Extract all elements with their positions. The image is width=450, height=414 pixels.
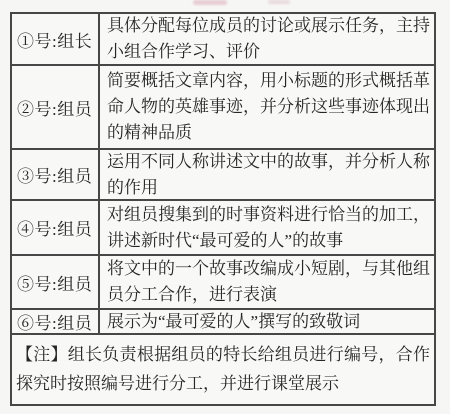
table-row-member-2: ②号:组员 简要概括文章内容，用小标题的形式概括革命人物的英雄事迹，并分析这些事… <box>12 66 434 150</box>
scan-artifact-smudge <box>193 0 227 5</box>
task-text: 运用不同人称讲述文中的故事，并分析人称的作用 <box>107 149 430 201</box>
task-text: 对组员搜集到的时事资料进行恰当的加工，讲述新时代“最可爱的人”的故事 <box>107 202 430 254</box>
task-cell: 具体分配每位成员的讨论或展示任务，主持小组合作学习、评价 <box>100 14 434 64</box>
note-text: 【注】组长负责根据组员的特长给组员进行编号，合作探究时按照编号进行分工，并进行课… <box>12 335 434 404</box>
scanned-document-page: ①号:组长 具体分配每位成员的讨论或展示任务，主持小组合作学习、评价 ②号:组员… <box>0 0 450 414</box>
note-row: 【注】组长负责根据组员的特长给组员进行编号，合作探究时按照编号进行分工，并进行课… <box>12 335 434 404</box>
member-label: ②号:组员 <box>17 95 92 120</box>
task-text: 展示为“最可爱的人”撰写的致敬词 <box>107 309 430 335</box>
table-row-member-3: ③号:组员 运用不同人称讲述文中的故事，并分析人称的作用 <box>12 150 434 201</box>
member-label-cell: ②号:组员 <box>12 66 100 148</box>
task-text: 具体分配每位成员的讨论或展示任务，主持小组合作学习、评价 <box>107 13 430 65</box>
member-label-cell: ③号:组员 <box>12 150 100 199</box>
task-cell: 对组员搜集到的时事资料进行恰当的加工，讲述新时代“最可爱的人”的故事 <box>100 201 434 254</box>
table-row-member-1: ①号:组长 具体分配每位成员的讨论或展示任务，主持小组合作学习、评价 <box>12 14 434 66</box>
task-cell: 展示为“最可爱的人”撰写的致敬词 <box>100 310 434 333</box>
member-label: ④号:组员 <box>17 215 92 240</box>
member-label-cell: ⑤号:组员 <box>12 256 100 308</box>
task-text: 将文中的一个故事改编成小短剧，与其他组员分工合作，进行表演 <box>107 256 430 308</box>
table-row-member-5: ⑤号:组员 将文中的一个故事改编成小短剧，与其他组员分工合作，进行表演 <box>12 256 434 310</box>
scan-artifact-smudge <box>268 0 290 4</box>
group-roles-table: ①号:组长 具体分配每位成员的讨论或展示任务，主持小组合作学习、评价 ②号:组员… <box>10 12 436 406</box>
member-label: ⑥号:组员 <box>17 309 92 334</box>
member-label: ⑤号:组员 <box>17 270 92 295</box>
task-cell: 将文中的一个故事改编成小短剧，与其他组员分工合作，进行表演 <box>100 256 434 308</box>
task-cell: 简要概括文章内容，用小标题的形式概括革命人物的英雄事迹，并分析这些事迹体现出的精… <box>100 66 434 148</box>
task-text: 简要概括文章内容，用小标题的形式概括革命人物的英雄事迹，并分析这些事迹体现出的精… <box>107 68 430 146</box>
member-label-cell: ⑥号:组员 <box>12 310 100 333</box>
task-cell: 运用不同人称讲述文中的故事，并分析人称的作用 <box>100 150 434 199</box>
table-row-member-6: ⑥号:组员 展示为“最可爱的人”撰写的致敬词 <box>12 310 434 335</box>
member-label-cell: ④号:组员 <box>12 201 100 254</box>
member-label: ③号:组员 <box>17 162 92 187</box>
member-label: ①号:组长 <box>17 27 92 52</box>
member-label-cell: ①号:组长 <box>12 14 100 64</box>
table-row-member-4: ④号:组员 对组员搜集到的时事资料进行恰当的加工，讲述新时代“最可爱的人”的故事 <box>12 201 434 256</box>
